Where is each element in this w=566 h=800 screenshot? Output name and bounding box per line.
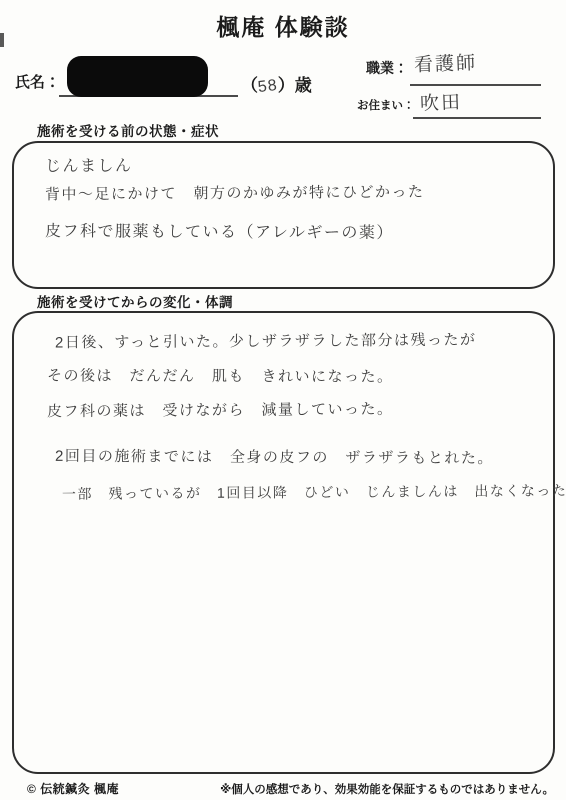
name-label: 氏名： xyxy=(15,71,60,92)
section-heading-after-treatment: 施術を受けてからの変化・体調 xyxy=(37,291,233,311)
age-open-paren: （ xyxy=(241,76,258,95)
copyright-text: © 伝統鍼灸 楓庵 xyxy=(27,780,119,797)
age-close-paren-and-unit: ）歳 xyxy=(278,76,312,95)
symptom-line-2: 背中〜足にかけて 朝方のかゆみが特にひどかった xyxy=(45,181,425,205)
symptom-line-1: じんましん xyxy=(45,153,133,177)
symptom-line-3: 皮フ科で服薬もしている（アレルギーの薬） xyxy=(45,218,394,243)
disclaimer-text: ※個人の感想であり、効果効能を保証するものではありません。 xyxy=(220,781,554,797)
residence-underline xyxy=(413,117,541,119)
testimonial-form-page: 楓庵 体験談 氏名： （58）歳 職業： 看護師 お住まい： 吹田 施術を受ける… xyxy=(0,0,566,800)
occupation-label: 職業： xyxy=(366,58,408,78)
page-title: 楓庵 体験談 xyxy=(0,9,566,42)
change-line-5: 一部 残っているが 1回目以降 ひどい じんましんは 出なくなった。 xyxy=(62,480,566,504)
redacted-name-block xyxy=(67,56,208,97)
change-line-4: 2回目の施術までには 全身の皮フの ザラザラもとれた。 xyxy=(55,445,494,468)
occupation-handwritten-value: 看護師 xyxy=(414,48,478,77)
age-handwritten-value: 58 xyxy=(257,77,279,97)
residence-handwritten-value: 吹田 xyxy=(420,87,463,115)
change-line-3: 皮フ科の薬は 受けながら 減量していった。 xyxy=(47,398,394,421)
residence-label: お住まい： xyxy=(357,97,415,113)
occupation-underline xyxy=(410,84,541,86)
age-field: （58）歳 xyxy=(241,71,312,96)
change-line-1: 2日後、すっと引いた。少しザラザラした部分は残ったが xyxy=(55,329,477,353)
section-heading-before-treatment: 施術を受ける前の状態・症状 xyxy=(37,120,219,140)
change-line-2: その後は だんだん 肌も きれいになった。 xyxy=(47,364,394,386)
